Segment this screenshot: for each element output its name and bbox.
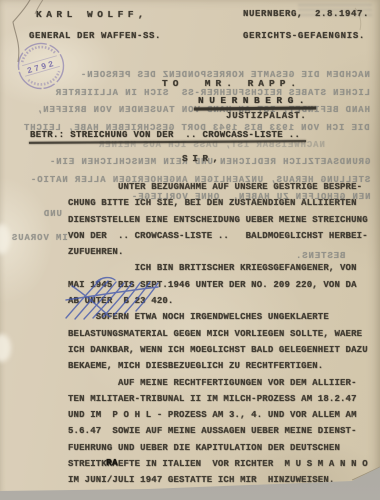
body-line: UND IM P O H L - PROZESS AM 3., 4. UND V… (68, 407, 368, 423)
subject-line: BETR.: STREICHUNG VON DER .. CROWCASS-LI… (30, 130, 300, 140)
document-page: NACHDEM DIE GESAMTE KORRESPONDENZ DES PE… (0, 0, 380, 500)
institution-line: GERICHTS-GEFAENGNIS. (243, 31, 365, 41)
body-line: BEKAEME, MICH DIESBEZUEGLICH ZU RECHTFER… (68, 358, 368, 374)
overtyped-letters: RA (106, 457, 118, 468)
body-line: CHUNG BITTE ICH SIE, BEI DEN ZUSTAENDIGE… (68, 195, 368, 211)
bleedthrough-line: IM VORAUS (11, 233, 68, 243)
body-line: AUF MEINE RECHTFERTIGUNGEN VOR DEM ALLII… (68, 375, 368, 391)
sender-title: GENERAL DER WAFFEN-SS. (29, 31, 161, 41)
body-line: DIENSTSTELLEN EINE ENTSCHEIDUNG UEBER ME… (68, 212, 368, 228)
body-line: UNTER BEZUGNAHME AUF UNSERE GESTRIGE BES… (68, 179, 368, 195)
stamp-number: 2792 (26, 59, 57, 77)
body-line: MAI 1945 BIS SEPT.1946 UNTER DER NO. 209… (68, 277, 368, 293)
addressee-to: TO MR. RAPP. (162, 78, 301, 89)
body-line: 5.6.47 SOWIE AUF MEINE AUSSAGEN UEBER ME… (68, 423, 368, 439)
sender-name: KARL WOLFF, (36, 9, 148, 20)
body-line: AB UNTER B 23 420. (68, 293, 368, 309)
addressee-city: NUERNBERG. (198, 95, 310, 106)
body-line: ICH BIN BRITISCHER KRIEGSGEFANGENER, VON (68, 260, 368, 276)
body-line: SOFERN ETWA NOCH IRGENDWELCHES UNGEKLAER… (68, 309, 368, 325)
body-line: IM JUNI/JULI 1947 GESTATTE ICH MIR HINZU… (68, 472, 368, 488)
addressee-building: JUSTIZPALAST. (226, 111, 307, 121)
city-strike-rule (194, 106, 316, 110)
body-lines: UNTER BEZUGNAHME AUF UNSERE GESTRIGE BES… (68, 179, 368, 489)
paper-wear-spot (0, 334, 11, 362)
body-line: BELASTUNGSMATERIAL GEGEN MICH VORLIEGEN … (68, 326, 368, 342)
bleedthrough-line: UND (43, 209, 62, 219)
document-scan: NACHDEM DIE GESAMTE KORRESPONDENZ DES PE… (0, 0, 380, 500)
body-line: ICH DANKBAR, WENN ICH MOEGLICHST BALD GE… (68, 342, 368, 358)
paper-wear-spot (0, 224, 10, 254)
body-line: ZUFUEHREN. (68, 244, 368, 260)
place-date: NUERNBERG, 2.8.1947. (243, 9, 369, 19)
body-line: FUEHRUNG UND UEBER DIE KAPITULATION DER … (68, 440, 368, 456)
body-line: TEN MILITAER-TRIBUNAL II IM MILCH-PROZES… (68, 391, 368, 407)
body-line: VON DER .. CROWCASS-LISTE .. BALDMOEGLIC… (68, 228, 368, 244)
salutation: SIR, (182, 153, 223, 164)
